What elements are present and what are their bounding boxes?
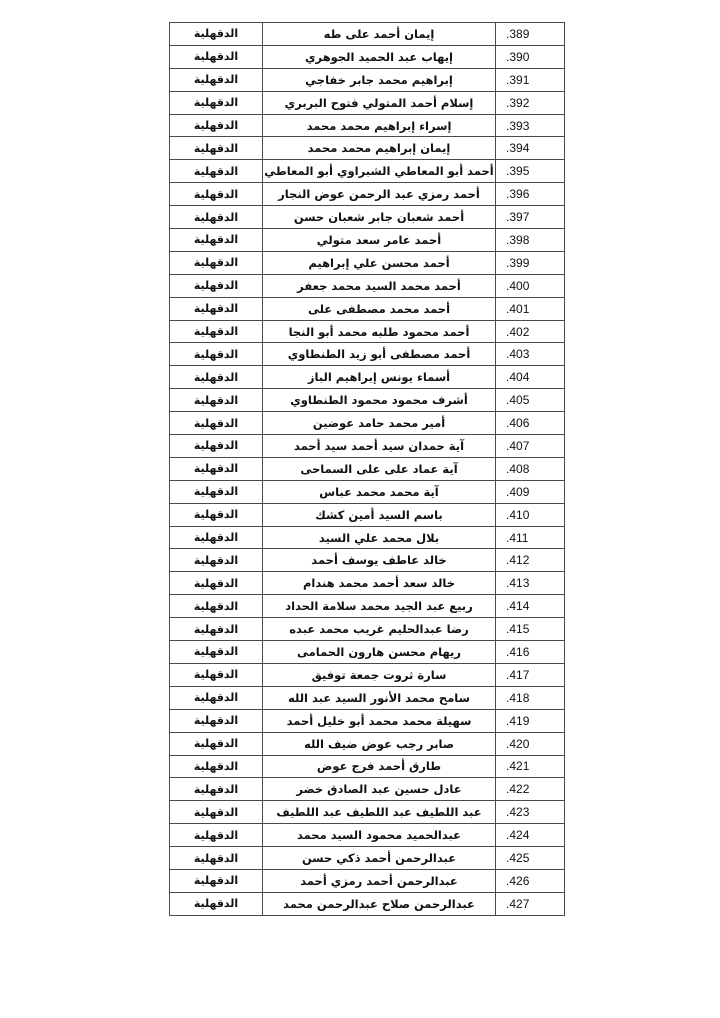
- serial-number-cell: 420.: [496, 732, 565, 755]
- name-cell: أحمد مصطفى أبو زيد الطنطاوي: [263, 343, 496, 366]
- table-row: الدقهليةطارق أحمد فرج عوض421.: [170, 755, 565, 778]
- serial-number-cell: 404.: [496, 366, 565, 389]
- governorate-cell: الدقهلية: [170, 801, 263, 824]
- governorate-cell: الدقهلية: [170, 824, 263, 847]
- name-cell: خالد عاطف يوسف أحمد: [263, 549, 496, 572]
- table-row: الدقهليةأحمد محمد مصطفى على401.: [170, 297, 565, 320]
- governorate-cell: الدقهلية: [170, 503, 263, 526]
- governorate-cell: الدقهلية: [170, 91, 263, 114]
- table-row: الدقهليةعبدالحميد محمود السيد محمد424.: [170, 824, 565, 847]
- governorate-cell: الدقهلية: [170, 892, 263, 915]
- table-row: الدقهليةسامح محمد الأنور السيد عبد الله4…: [170, 686, 565, 709]
- table-row: الدقهليةأحمد محمود طلبه محمد أبو النجا40…: [170, 320, 565, 343]
- table-row: الدقهليةأحمد رمزي عبد الرحمن عوض النجار3…: [170, 183, 565, 206]
- table-row: الدقهليةباسم السيد أمين كشك410.: [170, 503, 565, 526]
- governorate-cell: الدقهلية: [170, 686, 263, 709]
- name-cell: أحمد عامر سعد متولي: [263, 229, 496, 252]
- governorate-cell: الدقهلية: [170, 343, 263, 366]
- governorate-cell: الدقهلية: [170, 160, 263, 183]
- name-cell: عبدالرحمن أحمد رمزي أحمد: [263, 869, 496, 892]
- serial-number-cell: 397.: [496, 206, 565, 229]
- governorate-cell: الدقهلية: [170, 45, 263, 68]
- serial-number-cell: 410.: [496, 503, 565, 526]
- table-row: الدقهليةربيع عبد الجيد محمد سلامة الحداد…: [170, 595, 565, 618]
- name-cell: أحمد رمزي عبد الرحمن عوض النجار: [263, 183, 496, 206]
- serial-number-cell: 418.: [496, 686, 565, 709]
- table-row: الدقهليةريهام محسن هارون الحمامى416.: [170, 641, 565, 664]
- serial-number-cell: 409.: [496, 480, 565, 503]
- name-cell: أحمد محمود طلبه محمد أبو النجا: [263, 320, 496, 343]
- name-cell: إيمان إبراهيم محمد محمد: [263, 137, 496, 160]
- table-row: الدقهليةإيهاب عبد الحميد الجوهري390.: [170, 45, 565, 68]
- serial-number-cell: 417.: [496, 663, 565, 686]
- governorate-cell: الدقهلية: [170, 549, 263, 572]
- serial-number-cell: 406.: [496, 412, 565, 435]
- name-cell: عبدالرحمن أحمد ذكي حسن: [263, 847, 496, 870]
- name-cell: أحمد محمد السيد محمد جعفر: [263, 274, 496, 297]
- governorate-cell: الدقهلية: [170, 595, 263, 618]
- name-cell: إسلام أحمد المتولي فتوح البربري: [263, 91, 496, 114]
- table-row: الدقهليةآية حمدان سيد أحمد سيد أحمد407.: [170, 435, 565, 458]
- serial-number-cell: 395.: [496, 160, 565, 183]
- governorate-cell: الدقهلية: [170, 206, 263, 229]
- name-cell: خالد سعد أحمد محمد هندام: [263, 572, 496, 595]
- serial-number-cell: 401.: [496, 297, 565, 320]
- serial-number-cell: 398.: [496, 229, 565, 252]
- governorate-cell: الدقهلية: [170, 366, 263, 389]
- governorate-cell: الدقهلية: [170, 847, 263, 870]
- table-row: الدقهليةسهيلة محمد محمد أبو خليل أحمد419…: [170, 709, 565, 732]
- serial-number-cell: 402.: [496, 320, 565, 343]
- name-cell: ريهام محسن هارون الحمامى: [263, 641, 496, 664]
- name-cell: أحمد أبو المعاطي الشبراوي أبو المعاطي: [263, 160, 496, 183]
- serial-number-cell: 426.: [496, 869, 565, 892]
- table-row: الدقهليةعبدالرحمن أحمد رمزي أحمد426.: [170, 869, 565, 892]
- name-cell: آية محمد محمد عباس: [263, 480, 496, 503]
- table-row: الدقهليةأشرف محمود محمود الطنطاوي405.: [170, 389, 565, 412]
- document-page: الدقهليةإيمان أحمد على طه389.الدقهليةإيه…: [0, 0, 720, 1018]
- table-row: الدقهليةأحمد مصطفى أبو زيد الطنطاوي403.: [170, 343, 565, 366]
- serial-number-cell: 400.: [496, 274, 565, 297]
- governorate-cell: الدقهلية: [170, 755, 263, 778]
- table-row: الدقهليةرضا عبدالحليم غريب محمد عبده415.: [170, 618, 565, 641]
- governorate-cell: الدقهلية: [170, 457, 263, 480]
- serial-number-cell: 422.: [496, 778, 565, 801]
- governorate-cell: الدقهلية: [170, 663, 263, 686]
- name-cell: صابر رجب عوض ضيف الله: [263, 732, 496, 755]
- governorate-cell: الدقهلية: [170, 68, 263, 91]
- names-table: الدقهليةإيمان أحمد على طه389.الدقهليةإيه…: [169, 22, 565, 916]
- serial-number-cell: 412.: [496, 549, 565, 572]
- names-table-body: الدقهليةإيمان أحمد على طه389.الدقهليةإيه…: [170, 23, 565, 916]
- serial-number-cell: 405.: [496, 389, 565, 412]
- table-row: الدقهليةآية عماد على على السماحى408.: [170, 457, 565, 480]
- name-cell: سارة ثروت جمعة توفيق: [263, 663, 496, 686]
- serial-number-cell: 425.: [496, 847, 565, 870]
- table-row: الدقهليةإسلام أحمد المتولي فتوح البربري3…: [170, 91, 565, 114]
- name-cell: إيهاب عبد الحميد الجوهري: [263, 45, 496, 68]
- table-row: الدقهليةإسراء إبراهيم محمد محمد393.: [170, 114, 565, 137]
- name-cell: بلال محمد علي السيد: [263, 526, 496, 549]
- table-row: الدقهليةآية محمد محمد عباس409.: [170, 480, 565, 503]
- governorate-cell: الدقهلية: [170, 709, 263, 732]
- serial-number-cell: 396.: [496, 183, 565, 206]
- table-row: الدقهليةسارة ثروت جمعة توفيق417.: [170, 663, 565, 686]
- name-cell: إبراهيم محمد جابر خفاجي: [263, 68, 496, 91]
- table-row: الدقهليةأحمد محسن علي إبراهيم399.: [170, 251, 565, 274]
- name-cell: باسم السيد أمين كشك: [263, 503, 496, 526]
- table-row: الدقهليةعبدالرحمن صلاح عبدالرحمن محمد427…: [170, 892, 565, 915]
- serial-number-cell: 390.: [496, 45, 565, 68]
- name-cell: أحمد شعبان جابر شعبان حسن: [263, 206, 496, 229]
- serial-number-cell: 414.: [496, 595, 565, 618]
- serial-number-cell: 413.: [496, 572, 565, 595]
- governorate-cell: الدقهلية: [170, 480, 263, 503]
- governorate-cell: الدقهلية: [170, 229, 263, 252]
- governorate-cell: الدقهلية: [170, 869, 263, 892]
- table-row: الدقهليةعبد اللطيف عبد اللطيف عبد اللطيف…: [170, 801, 565, 824]
- governorate-cell: الدقهلية: [170, 732, 263, 755]
- name-cell: إيمان أحمد على طه: [263, 23, 496, 46]
- name-cell: آية عماد على على السماحى: [263, 457, 496, 480]
- table-row: الدقهليةعادل حسين عبد الصادق خضر422.: [170, 778, 565, 801]
- governorate-cell: الدقهلية: [170, 183, 263, 206]
- serial-number-cell: 399.: [496, 251, 565, 274]
- serial-number-cell: 394.: [496, 137, 565, 160]
- governorate-cell: الدقهلية: [170, 274, 263, 297]
- serial-number-cell: 403.: [496, 343, 565, 366]
- governorate-cell: الدقهلية: [170, 435, 263, 458]
- governorate-cell: الدقهلية: [170, 320, 263, 343]
- name-cell: أمير محمد حامد عوضين: [263, 412, 496, 435]
- governorate-cell: الدقهلية: [170, 297, 263, 320]
- serial-number-cell: 408.: [496, 457, 565, 480]
- serial-number-cell: 419.: [496, 709, 565, 732]
- governorate-cell: الدقهلية: [170, 526, 263, 549]
- serial-number-cell: 389.: [496, 23, 565, 46]
- name-cell: أشرف محمود محمود الطنطاوي: [263, 389, 496, 412]
- governorate-cell: الدقهلية: [170, 114, 263, 137]
- table-row: الدقهليةأحمد شعبان جابر شعبان حسن397.: [170, 206, 565, 229]
- serial-number-cell: 411.: [496, 526, 565, 549]
- serial-number-cell: 391.: [496, 68, 565, 91]
- name-cell: آية حمدان سيد أحمد سيد أحمد: [263, 435, 496, 458]
- table-row: الدقهليةإبراهيم محمد جابر خفاجي391.: [170, 68, 565, 91]
- name-cell: ربيع عبد الجيد محمد سلامة الحداد: [263, 595, 496, 618]
- serial-number-cell: 393.: [496, 114, 565, 137]
- governorate-cell: الدقهلية: [170, 251, 263, 274]
- name-cell: أحمد محمد مصطفى على: [263, 297, 496, 320]
- table-row: الدقهليةأحمد عامر سعد متولي398.: [170, 229, 565, 252]
- name-cell: طارق أحمد فرج عوض: [263, 755, 496, 778]
- table-row: الدقهليةأحمد أبو المعاطي الشبراوي أبو ال…: [170, 160, 565, 183]
- governorate-cell: الدقهلية: [170, 23, 263, 46]
- table-row: الدقهليةأمير محمد حامد عوضين406.: [170, 412, 565, 435]
- name-cell: سامح محمد الأنور السيد عبد الله: [263, 686, 496, 709]
- table-row: الدقهليةعبدالرحمن أحمد ذكي حسن425.: [170, 847, 565, 870]
- serial-number-cell: 407.: [496, 435, 565, 458]
- name-cell: عبدالحميد محمود السيد محمد: [263, 824, 496, 847]
- name-cell: أسماء يونس إبراهيم الباز: [263, 366, 496, 389]
- name-cell: عبدالرحمن صلاح عبدالرحمن محمد: [263, 892, 496, 915]
- name-cell: سهيلة محمد محمد أبو خليل أحمد: [263, 709, 496, 732]
- table-row: الدقهليةخالد سعد أحمد محمد هندام413.: [170, 572, 565, 595]
- name-cell: أحمد محسن علي إبراهيم: [263, 251, 496, 274]
- governorate-cell: الدقهلية: [170, 641, 263, 664]
- serial-number-cell: 416.: [496, 641, 565, 664]
- serial-number-cell: 424.: [496, 824, 565, 847]
- name-cell: رضا عبدالحليم غريب محمد عبده: [263, 618, 496, 641]
- serial-number-cell: 427.: [496, 892, 565, 915]
- serial-number-cell: 421.: [496, 755, 565, 778]
- serial-number-cell: 423.: [496, 801, 565, 824]
- table-row: الدقهليةصابر رجب عوض ضيف الله420.: [170, 732, 565, 755]
- table-row: الدقهليةإيمان إبراهيم محمد محمد394.: [170, 137, 565, 160]
- table-row: الدقهليةخالد عاطف يوسف أحمد412.: [170, 549, 565, 572]
- table-row: الدقهليةأحمد محمد السيد محمد جعفر400.: [170, 274, 565, 297]
- serial-number-cell: 415.: [496, 618, 565, 641]
- governorate-cell: الدقهلية: [170, 389, 263, 412]
- table-row: الدقهليةإيمان أحمد على طه389.: [170, 23, 565, 46]
- table-row: الدقهليةأسماء يونس إبراهيم الباز404.: [170, 366, 565, 389]
- governorate-cell: الدقهلية: [170, 778, 263, 801]
- table-row: الدقهليةبلال محمد علي السيد411.: [170, 526, 565, 549]
- governorate-cell: الدقهلية: [170, 572, 263, 595]
- serial-number-cell: 392.: [496, 91, 565, 114]
- governorate-cell: الدقهلية: [170, 412, 263, 435]
- governorate-cell: الدقهلية: [170, 618, 263, 641]
- name-cell: عادل حسين عبد الصادق خضر: [263, 778, 496, 801]
- name-cell: عبد اللطيف عبد اللطيف عبد اللطيف: [263, 801, 496, 824]
- name-cell: إسراء إبراهيم محمد محمد: [263, 114, 496, 137]
- governorate-cell: الدقهلية: [170, 137, 263, 160]
